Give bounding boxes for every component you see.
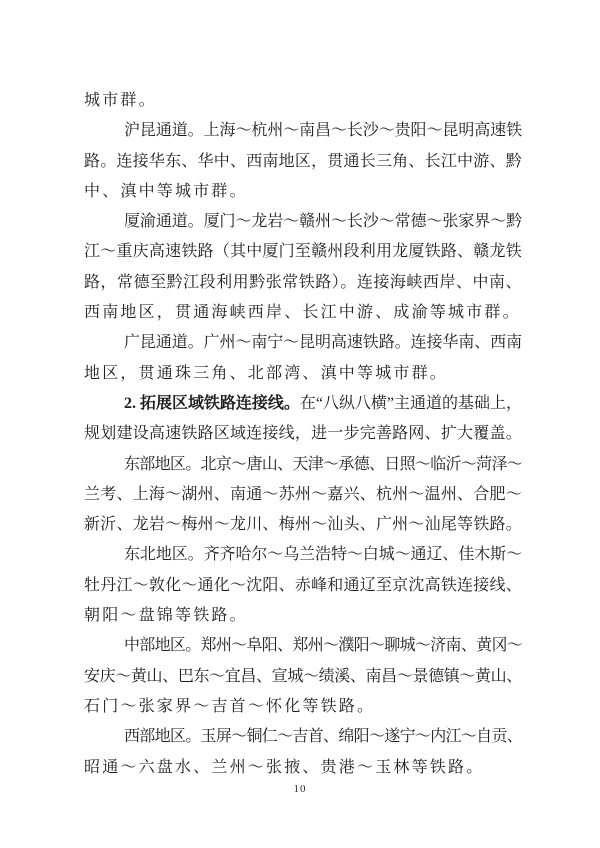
text-line: 兰考、上海～湖州、南通～苏州～嘉兴、杭州～温州、合肥～ (84, 480, 522, 510)
text-line: 江～重庆高速铁路（其中厦门至赣州段利用龙厦铁路、赣龙铁 (84, 237, 522, 267)
text-line: 新沂、龙岩～梅州～龙川、梅州～汕头、广州～汕尾等铁路。 (84, 510, 522, 540)
paragraph: 厦渝通道。厦门～龙岩～赣州～长沙～常德～张家界～黔江～重庆高速铁路（其中厦门至赣… (84, 207, 522, 328)
text-line: 牡丹江～敦化～通化～沈阳、赤峰和通辽至京沈高铁连接线、 (84, 571, 522, 601)
text-line: 安庆～黄山、巴东～宜昌、宣城～绩溪、南昌～景德镇～黄山、 (84, 662, 522, 692)
text-line: 厦渝通道。厦门～龙岩～赣州～长沙～常德～张家界～黔 (84, 207, 522, 237)
text-line: 广昆通道。广州～南宁～昆明高速铁路。连接华南、西南 (84, 328, 522, 358)
text-line: 石门～张家界～吉首～怀化等铁路。 (84, 692, 522, 722)
text-line: 西南地区，贯通海峡西岸、长江中游、成渝等城市群。 (84, 298, 522, 328)
text-line: 东北地区。齐齐哈尔～乌兰浩特～白城～通辽、佳木斯～ (84, 540, 522, 570)
paragraph: 广昆通道。广州～南宁～昆明高速铁路。连接华南、西南地区，贯通珠三角、北部湾、滇中… (84, 328, 522, 389)
text-line: 中部地区。郑州～阜阳、郑州～濮阳～聊城～济南、黄冈～ (84, 631, 522, 661)
text-line: 中、滇中等城市群。 (84, 177, 522, 207)
document-body: 城市群。沪昆通道。上海～杭州～南昌～长沙～贵阳～昆明高速铁路。连接华东、华中、西… (84, 86, 522, 783)
text-line: 西部地区。玉屏～铜仁～吉首、绵阳～遂宁～内江～自贡、 (84, 722, 522, 752)
paragraph: 东部地区。北京～唐山、天津～承德、日照～临沂～菏泽～兰考、上海～湖州、南通～苏州… (84, 450, 522, 541)
text-line: 路。连接华东、华中、西南地区，贯通长三角、长江中游、黔 (84, 147, 522, 177)
item-heading-bold: 2. 拓展区域铁路连接线。 (124, 395, 300, 412)
paragraph: 东北地区。齐齐哈尔～乌兰浩特～白城～通辽、佳木斯～牡丹江～敦化～通化～沈阳、赤峰… (84, 540, 522, 631)
document-page: 城市群。沪昆通道。上海～杭州～南昌～长沙～贵阳～昆明高速铁路。连接华东、华中、西… (0, 0, 600, 848)
page-number: 10 (0, 783, 600, 795)
paragraph: 2. 拓展区域铁路连接线。在“八纵八横”主通道的基础上，规划建设高速铁路区域连接… (84, 389, 522, 450)
text-line: 地区，贯通珠三角、北部湾、滇中等城市群。 (84, 359, 522, 389)
text-line: 规划建设高速铁路区域连接线，进一步完善路网、扩大覆盖。 (84, 419, 522, 449)
text-line: 2. 拓展区域铁路连接线。在“八纵八横”主通道的基础上， (84, 389, 522, 419)
text-line: 东部地区。北京～唐山、天津～承德、日照～临沂～菏泽～ (84, 450, 522, 480)
text-line: 路，常德至黔江段利用黔张常铁路）。连接海峡西岸、中南、 (84, 268, 522, 298)
text-line: 城市群。 (84, 86, 522, 116)
paragraph: 中部地区。郑州～阜阳、郑州～濮阳～聊城～济南、黄冈～安庆～黄山、巴东～宜昌、宣城… (84, 631, 522, 722)
paragraph: 城市群。 (84, 86, 522, 116)
text-line: 昭通～六盘水、兰州～张掖、贵港～玉林等铁路。 (84, 753, 522, 783)
text-line: 朝阳～盘锦等铁路。 (84, 601, 522, 631)
paragraph: 沪昆通道。上海～杭州～南昌～长沙～贵阳～昆明高速铁路。连接华东、华中、西南地区，… (84, 116, 522, 207)
paragraph: 西部地区。玉屏～铜仁～吉首、绵阳～遂宁～内江～自贡、昭通～六盘水、兰州～张掖、贵… (84, 722, 522, 783)
text-line: 沪昆通道。上海～杭州～南昌～长沙～贵阳～昆明高速铁 (84, 116, 522, 146)
